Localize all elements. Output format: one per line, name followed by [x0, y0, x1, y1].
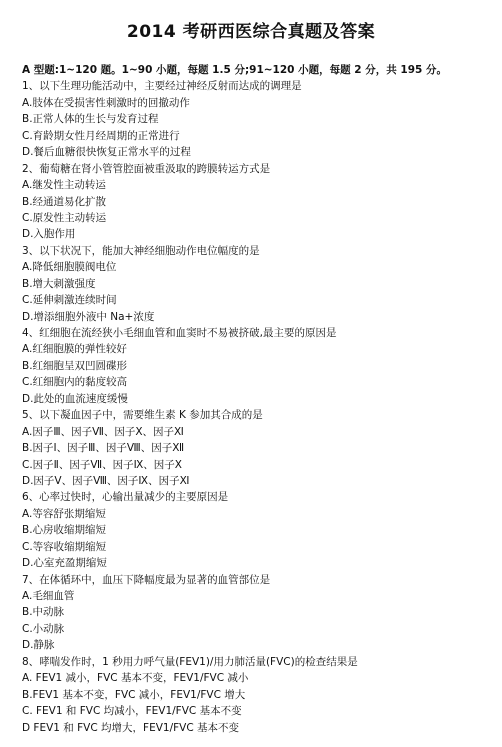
option-d: D.此处的血流速度缓慢 [22, 391, 492, 407]
option-c: C.原发性主动转运 [22, 210, 492, 226]
option-c: C.育龄期女性月经周期的正常进行 [22, 128, 492, 144]
option-d: D.餐后血糖很快恢复正常水平的过程 [22, 144, 492, 160]
question-stem: 5、以下凝血因子中，需要维生素 K 参加其合成的是 [22, 407, 492, 423]
option-a: A.毛细血管 [22, 588, 492, 604]
question-8: 8、哮喘发作时，1 秒用力呼气量(FEV1)/用力肺活量(FVC)的检查结果是 … [22, 654, 492, 736]
document-body: A 型题:1~120 题。1~90 小题，每题 1.5 分;91~120 小题，… [22, 62, 492, 736]
option-b: B.红细胞呈双凹圆碟形 [22, 358, 492, 374]
option-a: A.因子Ⅲ、因子Ⅶ、因子Ⅹ、因子Ⅺ [22, 424, 492, 440]
option-b: B.增大刺激强度 [22, 276, 492, 292]
question-stem: 3、以下状况下，能加大神经细胞动作电位幅度的是 [22, 243, 492, 259]
option-a: A.红细胞膜的弹性较好 [22, 341, 492, 357]
option-b: B.心房收缩期缩短 [22, 522, 492, 538]
question-stem: 4、红细胞在流经狭小毛细血管和血窦时不易被挤破,最主要的原因是 [22, 325, 492, 341]
option-d: D.入胞作用 [22, 226, 492, 242]
question-2: 2、葡萄糖在肾小管管腔面被重汲取的跨膜转运方式是 A.继发性主动转运 B.经通道… [22, 161, 492, 243]
option-a: A.肢体在受损害性刺激时的回撤动作 [22, 95, 492, 111]
option-d: D.心室充盈期缩短 [22, 555, 492, 571]
option-c: C.延伸刺激连续时间 [22, 292, 492, 308]
question-3: 3、以下状况下，能加大神经细胞动作电位幅度的是 A.降低细胞膜阀电位 B.增大刺… [22, 243, 492, 325]
question-stem: 1、以下生理功能活动中，主要经过神经反射而达成的调理是 [22, 78, 492, 94]
section-intro: A 型题:1~120 题。1~90 小题，每题 1.5 分;91~120 小题，… [22, 62, 492, 78]
option-c: C.小动脉 [22, 621, 492, 637]
option-c: C.因子Ⅱ、因子Ⅶ、因子Ⅸ、因子Ⅹ [22, 457, 492, 473]
question-stem: 7、在体循环中，血压下降幅度最为显著的血管部位是 [22, 572, 492, 588]
option-b: B.因子Ⅰ、因子Ⅲ、因子Ⅷ、因子Ⅻ [22, 440, 492, 456]
document-title: 2014 考研西医综合真题及答案 [0, 20, 502, 44]
question-stem: 6、心率过快时，心输出量减少的主要原因是 [22, 489, 492, 505]
option-c: C.等容收缩期缩短 [22, 539, 492, 555]
option-d: D.因子Ⅴ、因子Ⅷ、因子Ⅸ、因子Ⅺ [22, 473, 492, 489]
option-a: A. FEV1 减小，FVC 基本不变，FEV1/FVC 减小 [22, 670, 492, 686]
question-7: 7、在体循环中，血压下降幅度最为显著的血管部位是 A.毛细血管 B.中动脉 C.… [22, 572, 492, 654]
option-a: A.降低细胞膜阀电位 [22, 259, 492, 275]
question-stem: 2、葡萄糖在肾小管管腔面被重汲取的跨膜转运方式是 [22, 161, 492, 177]
option-d: D.静脉 [22, 637, 492, 653]
question-6: 6、心率过快时，心输出量减少的主要原因是 A.等容舒张期缩短 B.心房收缩期缩短… [22, 489, 492, 571]
question-5: 5、以下凝血因子中，需要维生素 K 参加其合成的是 A.因子Ⅲ、因子Ⅶ、因子Ⅹ、… [22, 407, 492, 489]
question-4: 4、红细胞在流经狭小毛细血管和血窦时不易被挤破,最主要的原因是 A.红细胞膜的弹… [22, 325, 492, 407]
option-d: D.增添细胞外液中 Na+浓度 [22, 309, 492, 325]
question-1: 1、以下生理功能活动中，主要经过神经反射而达成的调理是 A.肢体在受损害性刺激时… [22, 78, 492, 160]
option-a: A.继发性主动转运 [22, 177, 492, 193]
option-d: D FEV1 和 FVC 均增大，FEV1/FVC 基本不变 [22, 720, 492, 736]
option-b: B.FEV1 基本不变，FVC 减小，FEV1/FVC 增大 [22, 687, 492, 703]
question-stem: 8、哮喘发作时，1 秒用力呼气量(FEV1)/用力肺活量(FVC)的检查结果是 [22, 654, 492, 670]
option-b: B.正常人体的生长与发育过程 [22, 111, 492, 127]
option-b: B.经通道易化扩散 [22, 194, 492, 210]
option-c: C.红细胞内的黏度较高 [22, 374, 492, 390]
option-b: B.中动脉 [22, 604, 492, 620]
option-a: A.等容舒张期缩短 [22, 506, 492, 522]
option-c: C. FEV1 和 FVC 均减小，FEV1/FVC 基本不变 [22, 703, 492, 719]
